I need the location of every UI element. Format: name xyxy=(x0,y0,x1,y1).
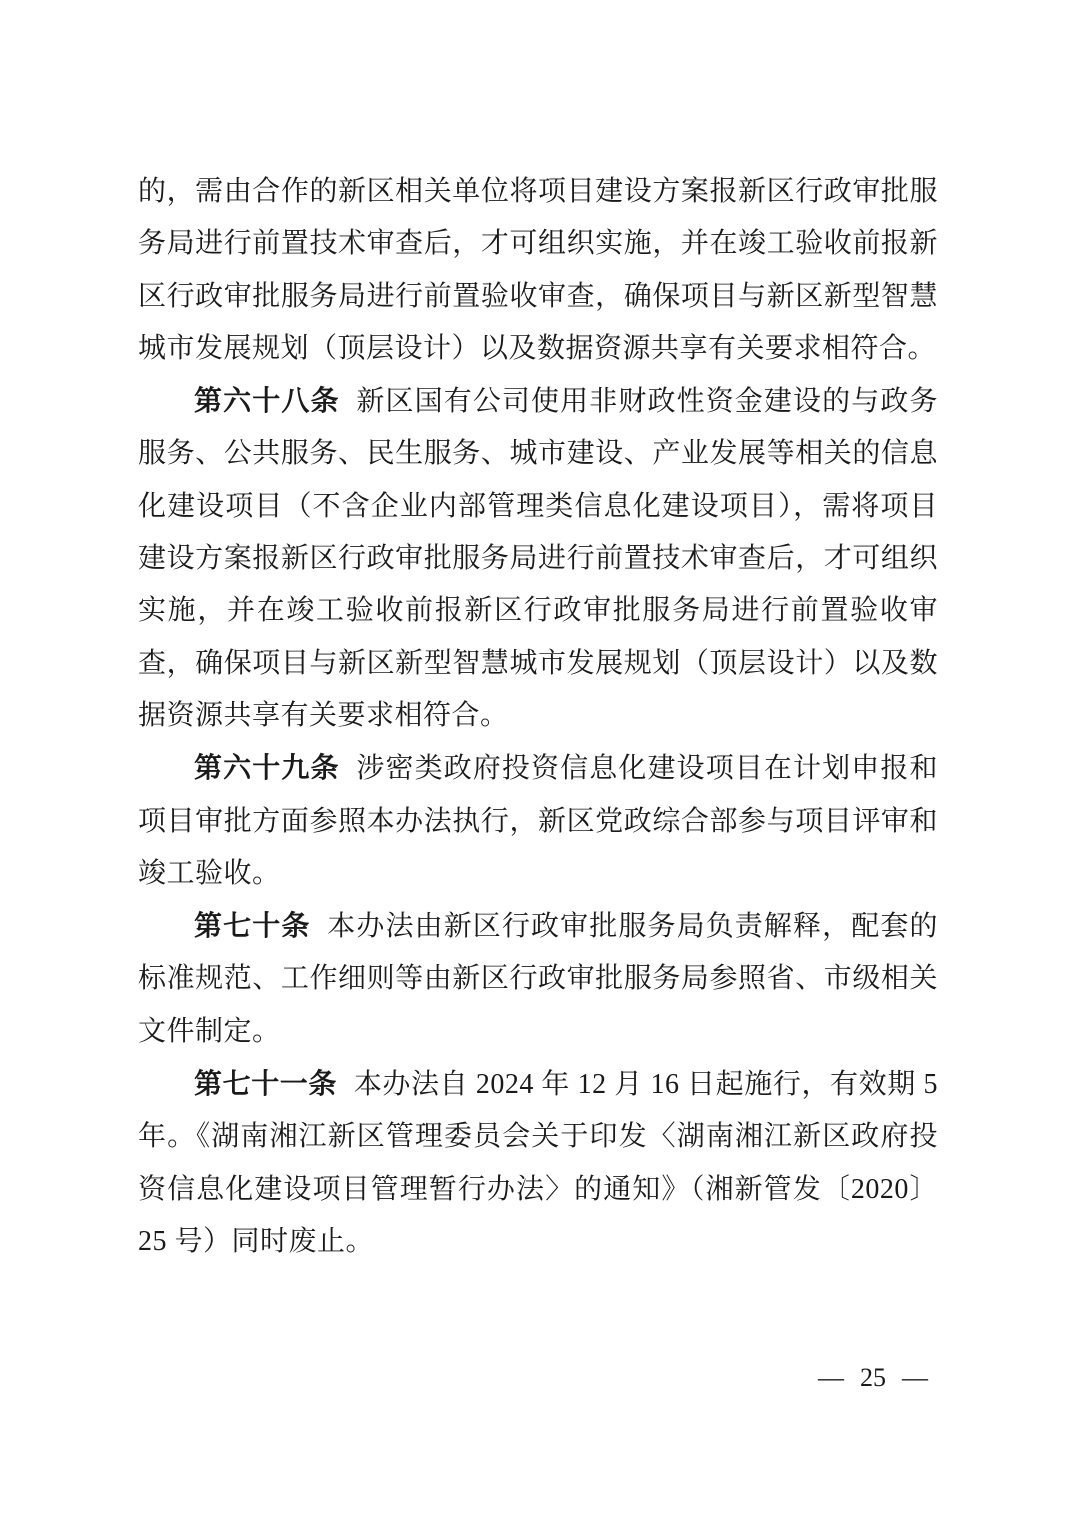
article-68-number: 第六十八条 xyxy=(194,385,340,416)
footer-dash-right: — xyxy=(902,1363,928,1393)
article-70-number: 第七十条 xyxy=(194,910,310,941)
article-68-text: 新区国有公司使用非财政性资金建设的与政务服务、公共服务、民生服务、城市建设、产业… xyxy=(138,386,938,731)
article-69-number: 第六十九条 xyxy=(194,752,340,783)
article-70-paragraph: 第七十条本办法由新区行政审批服务局负责解释，配套的标准规范、工作细则等由新区行政… xyxy=(138,900,938,1058)
document-body: 的，需由合作的新区相关单位将项目建设方案报新区行政审批服务局进行前置技术审查后，… xyxy=(138,166,938,1268)
footer-dash-left: — xyxy=(818,1363,844,1393)
continuation-paragraph: 的，需由合作的新区相关单位将项目建设方案报新区行政审批服务局进行前置技术审查后，… xyxy=(138,166,938,375)
article-71-paragraph: 第七十一条本办法自 2024 年 12 月 16 日起施行，有效期 5 年。《湖… xyxy=(138,1058,938,1268)
article-68-paragraph: 第六十八条新区国有公司使用非财政性资金建设的与政务服务、公共服务、民生服务、城市… xyxy=(138,375,938,742)
page-number: 25 xyxy=(860,1363,886,1393)
page-footer: — 25 — xyxy=(818,1363,928,1393)
article-69-paragraph: 第六十九条涉密类政府投资信息化建设项目在计划申报和项目审批方面参照本办法执行，新… xyxy=(138,742,938,900)
article-71-number: 第七十一条 xyxy=(194,1068,337,1099)
document-page: 的，需由合作的新区相关单位将项目建设方案报新区行政审批服务局进行前置技术审查后，… xyxy=(0,0,1074,1520)
